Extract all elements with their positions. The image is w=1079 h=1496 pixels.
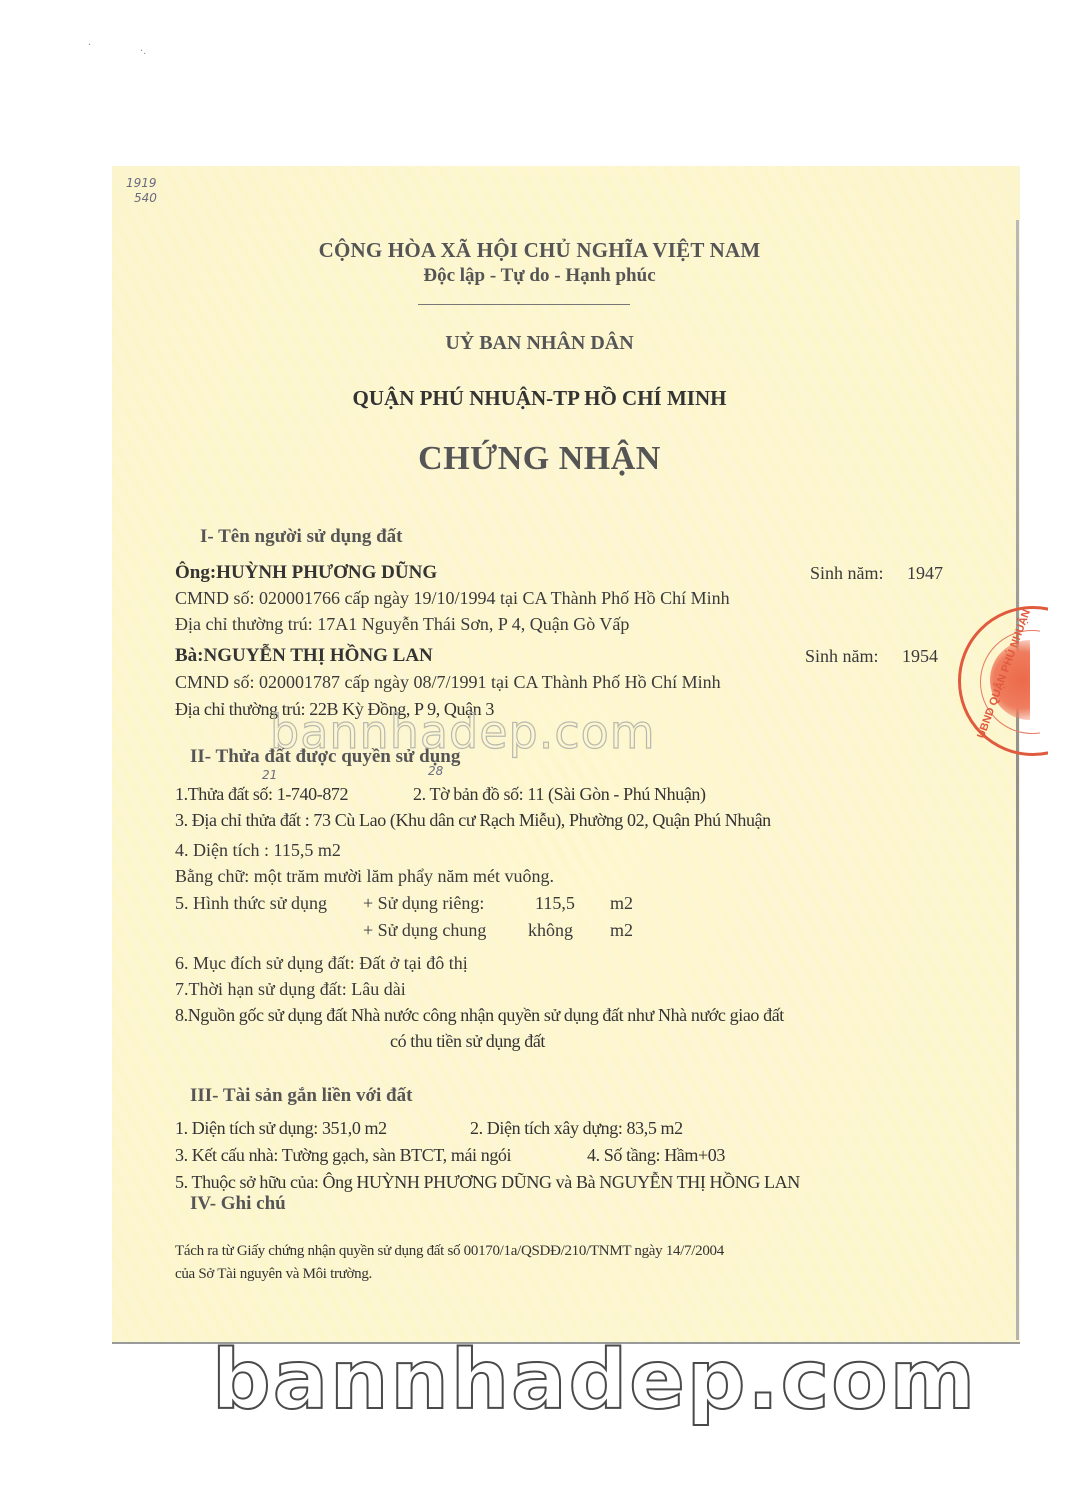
issuing-authority: UỶ BAN NHÂN DÂN (0, 332, 1079, 355)
section-3-heading: III- Tài sản gắn liền với đất (190, 1085, 412, 1107)
watermark-bottom: bannhadep.com (212, 1333, 977, 1428)
house-owners: 5. Thuộc sở hữu của: Ông HUỲNH PHƯƠNG DŨ… (175, 1172, 800, 1193)
owner-1-id: CMND số: 020001766 cấp ngày 19/10/1994 t… (175, 588, 730, 609)
owner-2-birth-label: Sinh năm: (805, 646, 879, 667)
national-motto: Độc lập - Tự do - Hạnh phúc (0, 265, 1079, 287)
shared-use-value: không (528, 920, 573, 941)
note-line-1: Tách ra từ Giấy chứng nhận quyền sử dụng… (175, 1243, 724, 1260)
house-structure: 3. Kết cấu nhà: Tường gạch, sàn BTCT, má… (175, 1145, 511, 1166)
house-floors: 4. Số tầng: Hầm+03 (587, 1145, 725, 1166)
country-name: CỘNG HÒA XÃ HỘI CHỦ NGHĨA VIỆT NAM (0, 238, 1079, 263)
owner-1-birth-year: 1947 (907, 563, 943, 584)
header-divider (418, 304, 630, 305)
shared-use-unit: m2 (610, 920, 633, 941)
parcel-address: 3. Địa chỉ thửa đất : 73 Cù Lao (Khu dân… (175, 810, 771, 831)
shared-use-label: + Sử dụng chung (363, 920, 486, 941)
handwritten-map-note: 28 (428, 764, 443, 778)
land-use-term: 7.Thời hạn sử dụng đất: Lâu dài (175, 979, 406, 1000)
handwritten-note-top-1: 1919 (126, 176, 157, 190)
house-built-area: 2. Diện tích xây dựng: 83,5 m2 (470, 1118, 683, 1139)
owner-2-birth-year: 1954 (902, 646, 938, 667)
issuing-district: QUẬN PHÚ NHUẬN-TP HỒ CHÍ MINH (0, 386, 1079, 411)
owner-2-id: CMND số: 020001787 cấp ngày 08/7/1991 tạ… (175, 672, 721, 693)
usage-form-label: 5. Hình thức sử dụng (175, 893, 327, 914)
scan-speck: · (88, 40, 91, 51)
section-2-heading: II- Thửa đất được quyền sử dụng (190, 746, 460, 768)
parcel-number: 1.Thửa đất số: 1-740-872 (175, 784, 348, 805)
land-origin-line-1: 8.Nguồn gốc sử dụng đất Nhà nước công nh… (175, 1005, 784, 1026)
owner-1-birth-label: Sinh năm: (810, 563, 884, 584)
scan-speck: ·. (140, 46, 146, 57)
note-line-2: của Sở Tài nguyên và Môi trường. (175, 1266, 372, 1283)
section-4-heading: IV- Ghi chú (190, 1193, 286, 1215)
handwritten-note-top-2: 540 (134, 191, 157, 205)
parcel-area-words: Bằng chữ: một trăm mười lăm phẩy năm mét… (175, 866, 554, 887)
section-1-heading: I- Tên người sử dụng đất (200, 526, 402, 548)
map-sheet-number: 2. Tờ bản đồ số: 11 (Sài Gòn - Phú Nhuận… (413, 784, 706, 805)
handwritten-parcel-note: 21 (262, 768, 277, 782)
document-title: CHỨNG NHẬN (0, 440, 1079, 478)
private-use-label: + Sử dụng riêng: (363, 893, 484, 914)
land-origin-line-2: có thu tiền sử dụng đất (390, 1031, 545, 1052)
owner-1-name: Ông:HUỲNH PHƯƠNG DŨNG (175, 562, 437, 584)
parcel-area: 4. Diện tích : 115,5 m2 (175, 840, 341, 861)
private-use-value: 115,5 (535, 893, 575, 914)
private-use-unit: m2 (610, 893, 633, 914)
owner-1-address: Địa chỉ thường trú: 17A1 Nguyễn Thái Sơn… (175, 614, 629, 635)
land-use-purpose: 6. Mục đích sử dụng đất: Đất ở tại đô th… (175, 953, 468, 974)
owner-2-name: Bà:NGUYỄN THỊ HỒNG LAN (175, 645, 433, 667)
house-floor-area: 1. Diện tích sử dụng: 351,0 m2 (175, 1118, 387, 1139)
